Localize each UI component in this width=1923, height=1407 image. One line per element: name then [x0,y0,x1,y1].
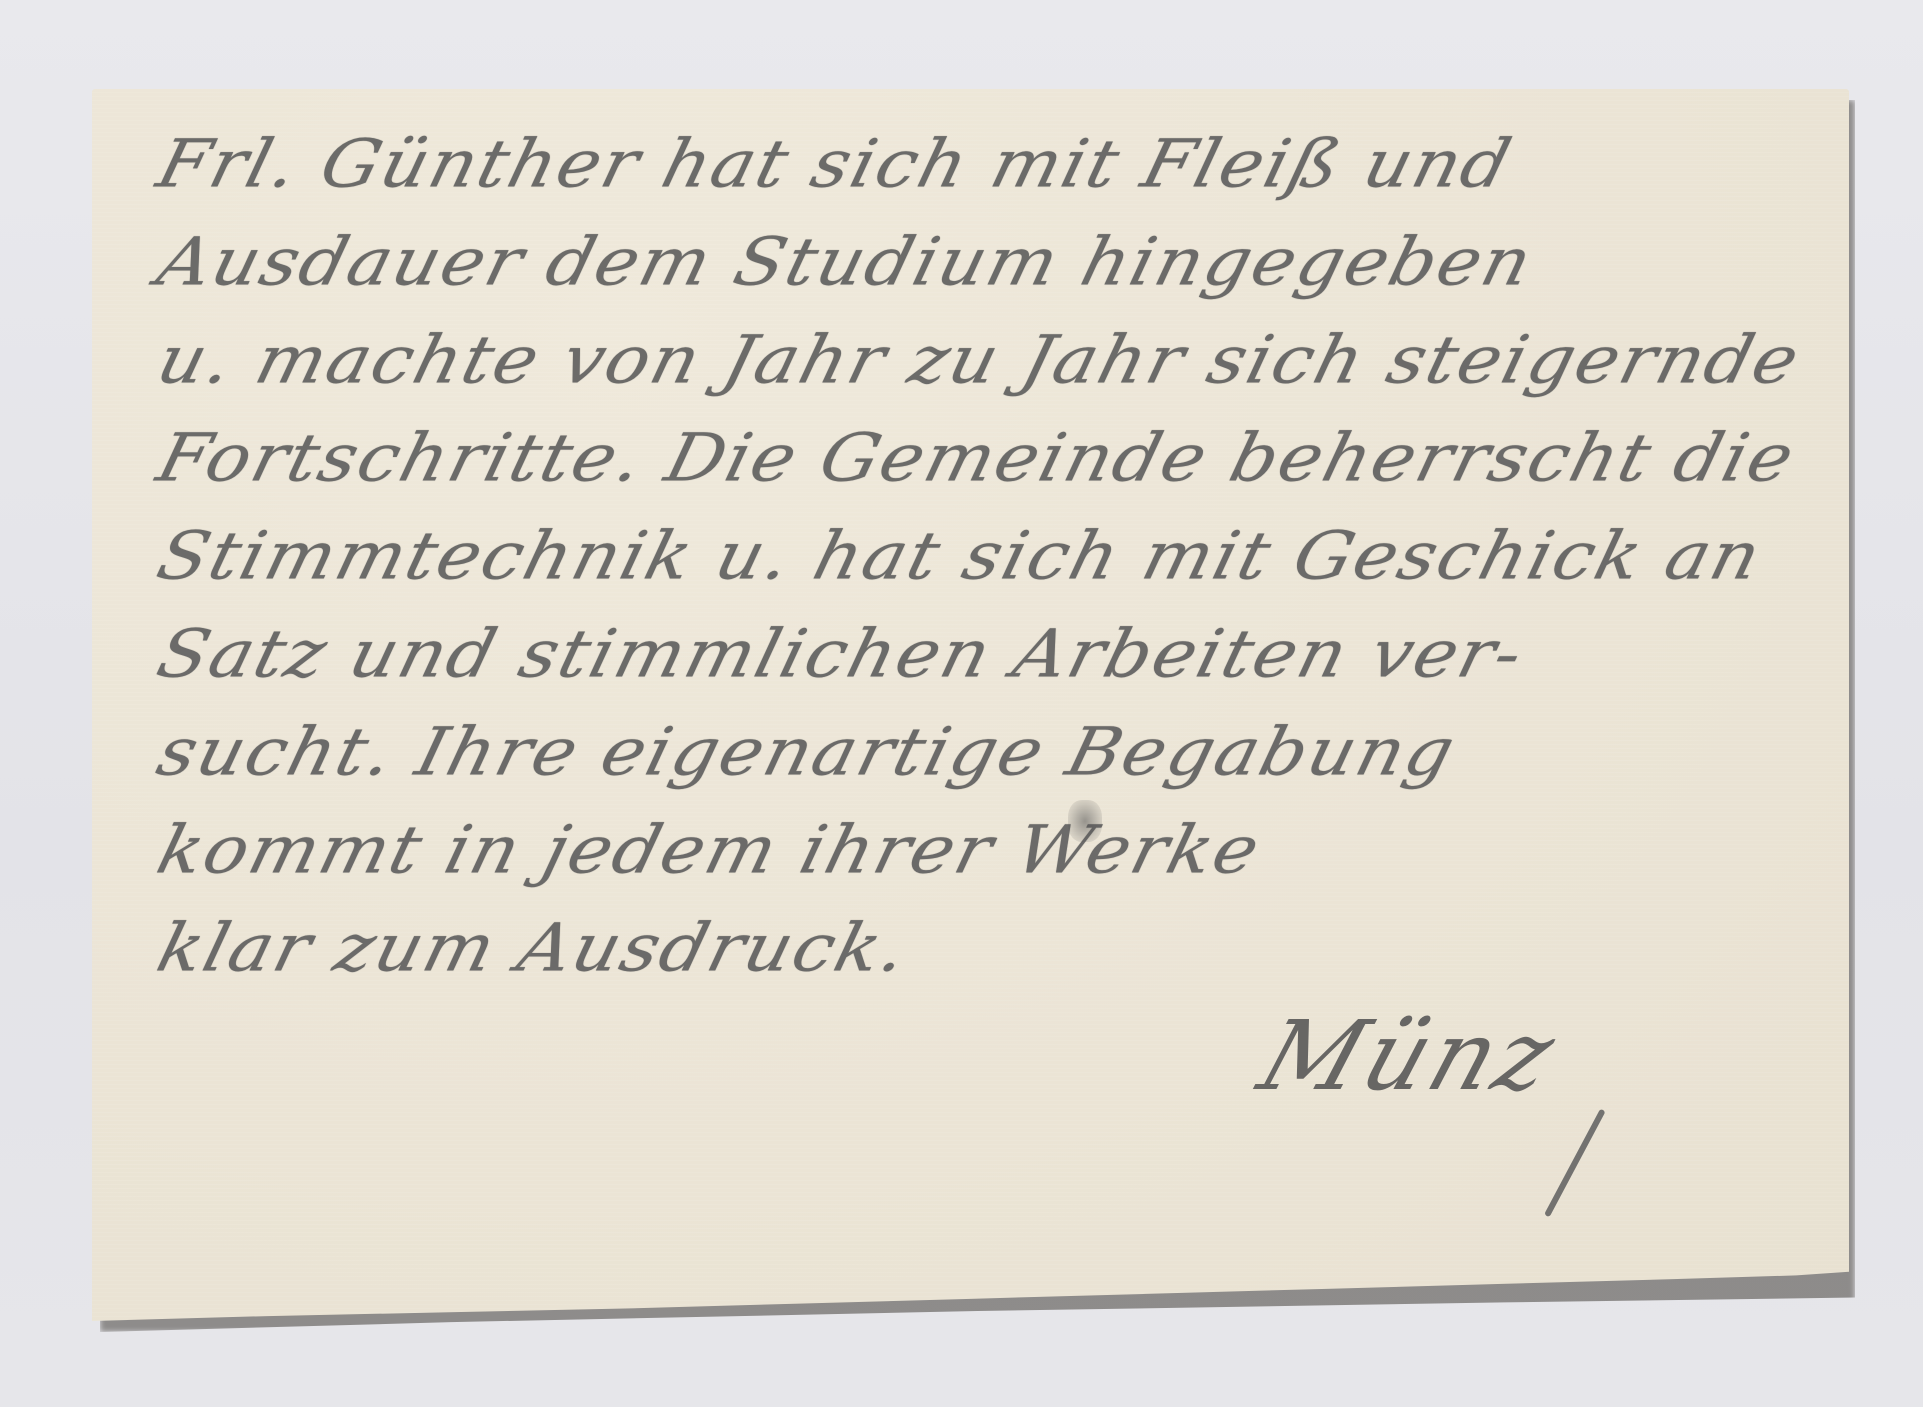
pencil-smudge [1068,800,1102,842]
letter-line-6: Satz und stimmlichen Arbeiten ver- [150,615,1532,692]
letter-line-2: Ausdauer dem Studium hingegeben [150,223,1541,300]
signature: Münz [1247,1000,1572,1112]
letter-line-3: u. machte von Jahr zu Jahr sich steigern… [150,321,1808,398]
letter-line-7: sucht. Ihre eigenartige Begabung [150,713,1464,790]
letter-line-5: Stimmtechnik u. hat sich mit Geschick an [150,517,1770,594]
letter-line-4: Fortschritte. Die Gemeinde beherrscht di… [150,419,1803,496]
letter-line-9: klar zum Ausdruck. [150,909,917,986]
letter-line-1: Frl. Günther hat sich mit Fleiß und [150,125,1520,202]
